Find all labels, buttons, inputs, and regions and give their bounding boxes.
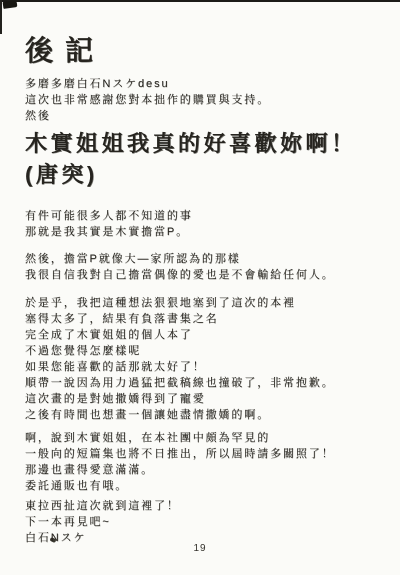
text-line: 下一本再見吧~ — [25, 514, 392, 530]
text-line: 有件可能很多人都不知道的事 — [25, 208, 392, 224]
text-line: 一般向的短篇集也將不日推出，所以屆時請多關照了！ — [25, 446, 392, 462]
text-line: 東拉西扯這次就到這裡了！ — [25, 498, 392, 514]
page-title: 後記 — [25, 34, 392, 68]
text-line: 不過您覺得怎麼樣呢 — [25, 343, 392, 359]
text-line: 後記 — [25, 34, 392, 68]
scan-artifact-top-line — [0, 0, 400, 2]
text-line: 多磨多磨白石Nスケdesu — [25, 76, 392, 92]
text-line: 那邊也畫得愛意滿滿。 — [25, 462, 392, 478]
text-line: 完全成了木實姐姐的個人本了 — [25, 327, 392, 343]
paragraph: 多磨多磨白石Nスケdesu這次也非常感謝您對本拙作的購買與支持。然後 — [25, 76, 392, 124]
text-line: 木實姐姐我真的好喜歡妳啊！ — [25, 128, 392, 159]
paragraph: 順帶一說因為用力過猛把截稿線也撞破了，非常抱歉。這次畫的是對她撒嬌得到了寵愛之後… — [25, 375, 392, 423]
text-line: 委託通販也有哦。 — [25, 478, 392, 494]
text-line: 這次也非常感謝您對本拙作的購買與支持。 — [25, 92, 392, 108]
text-line: 那就是我其實是木實擔當P。 — [25, 224, 392, 240]
text-line: 塞得太多了，結果有負落書集之名 — [25, 311, 392, 327]
text-line: 這次畫的是對她撒嬌得到了寵愛 — [25, 391, 392, 407]
text-line: 啊，說到木實姐姐，在本社團中頗為罕見的 — [25, 430, 392, 446]
scan-artifact-corner-blob — [3, 0, 18, 9]
text-line: 如果您能喜歡的話那就太好了！ — [25, 359, 392, 375]
paragraph: 東拉西扯這次就到這裡了！下一本再見吧~白石Nスケ — [25, 498, 392, 546]
headline: 木實姐姐我真的好喜歡妳啊！(唐突) — [25, 128, 392, 190]
text-line: 我很自信我對自己擔當偶像的愛也是不會輸給任何人。 — [25, 267, 392, 283]
paragraph: 有件可能很多人都不知道的事那就是我其實是木實擔當P。 — [25, 208, 392, 240]
text-line: 之後有時間也想畫一個讓她盡情撒嬌的啊。 — [25, 407, 392, 423]
text-line: 然後，擔當P就像大—家所認為的那樣 — [25, 251, 392, 267]
page-number: 19 — [0, 543, 400, 554]
afterword-page: 後記多磨多磨白石Nスケdesu這次也非常感謝您對本拙作的購買與支持。然後木實姐姐… — [0, 0, 400, 575]
scan-artifact-left-strip — [0, 0, 2, 34]
text-line: 於是乎，我把這種想法狠狠地塞到了這次的本裡 — [25, 295, 392, 311]
text-line: 然後 — [25, 108, 392, 124]
text-line: (唐突) — [25, 159, 392, 190]
paragraph: 於是乎，我把這種想法狠狠地塞到了這次的本裡塞得太多了，結果有負落書集之名完全成了… — [25, 295, 392, 375]
text-line: 順帶一說因為用力過猛把截稿線也撞破了，非常抱歉。 — [25, 375, 392, 391]
paragraph: 然後，擔當P就像大—家所認為的那樣我很自信我對自己擔當偶像的愛也是不會輸給任何人… — [25, 251, 392, 283]
paragraph: 啊，說到木實姐姐，在本社團中頗為罕見的一般向的短篇集也將不日推出，所以屆時請多關… — [25, 430, 392, 494]
